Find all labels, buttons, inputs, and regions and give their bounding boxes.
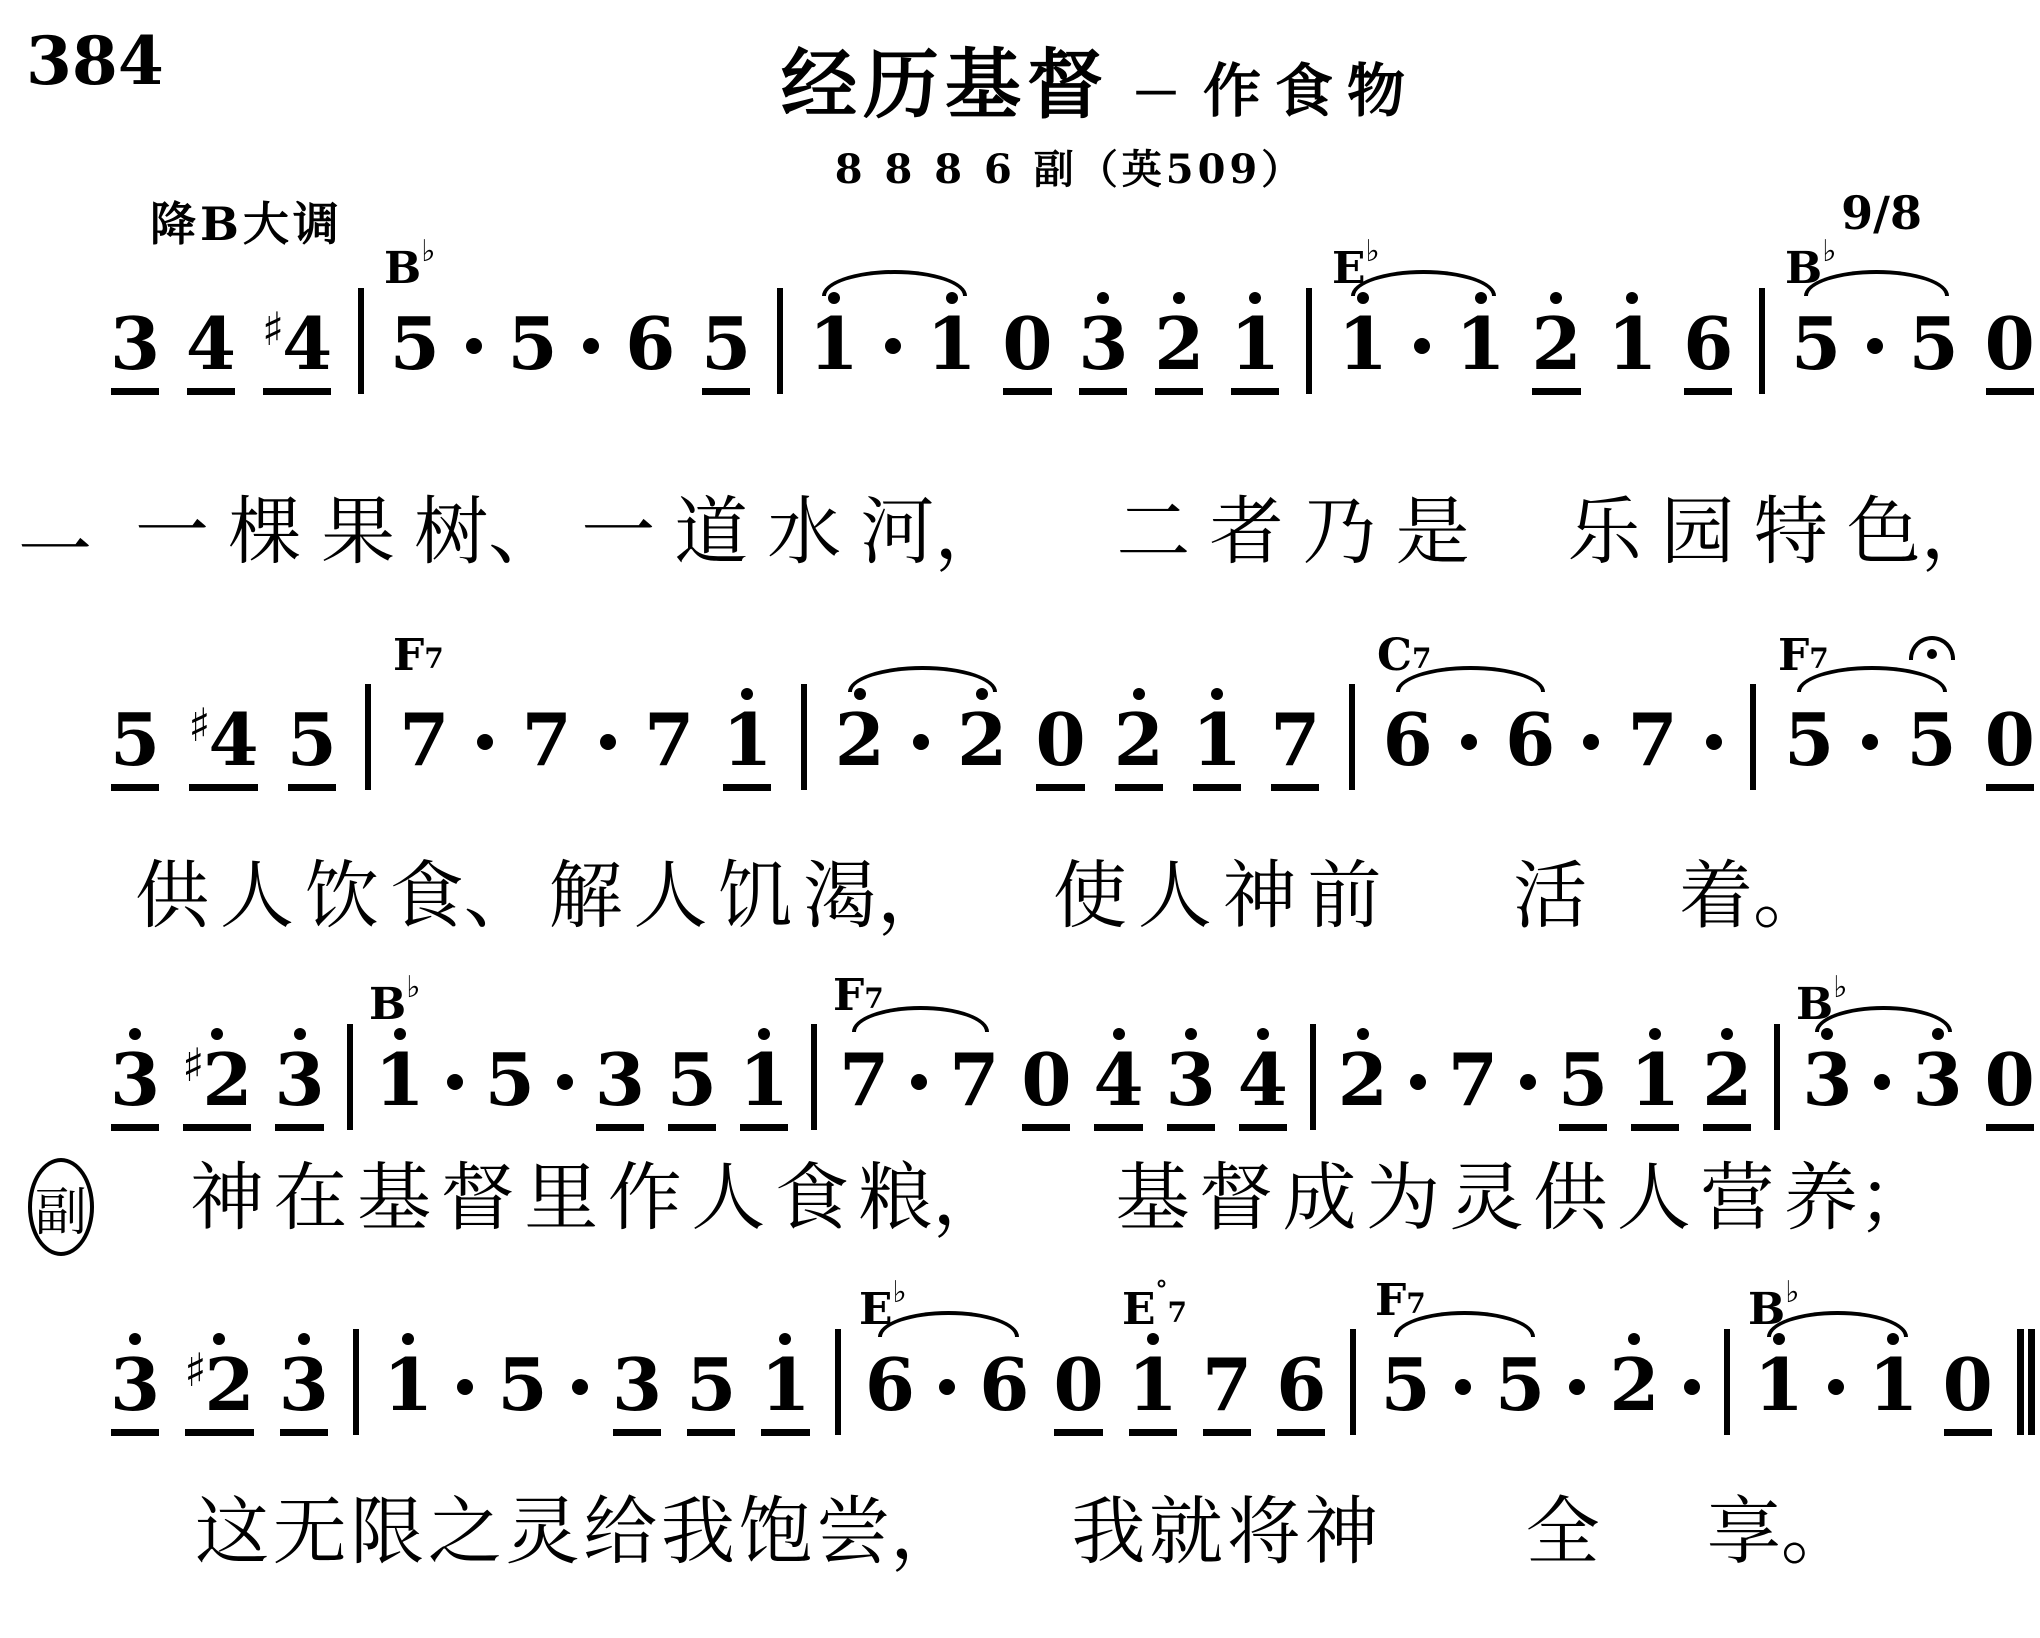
augmentation-dot — [1874, 1074, 1890, 1090]
note: 7 — [1270, 700, 1320, 780]
bar-line — [1349, 684, 1355, 790]
augmentation-dot — [447, 1074, 463, 1090]
sharp-icon: ♯ — [188, 698, 210, 752]
note: 1 — [1630, 1040, 1680, 1120]
note-row: 3♯2315351660176552110 — [110, 1341, 2035, 1425]
lyric-text: 着。 — [1679, 856, 1827, 937]
lyric-text: 督 — [441, 1158, 515, 1239]
note: 3 — [1802, 1040, 1852, 1120]
chord-label-part: 7 — [424, 642, 443, 675]
lyric-text: 督 — [1199, 1158, 1273, 1239]
chord-label-part: ♭ — [1366, 234, 1380, 269]
bar-line — [1759, 288, 1765, 394]
note: 3 — [1166, 1040, 1216, 1120]
note: 6 — [865, 1345, 915, 1425]
lyric-text: 营 — [1700, 1158, 1774, 1239]
bar-line — [777, 288, 783, 394]
sharp-icon: ♯ — [182, 1038, 204, 1092]
note: 3 — [110, 1345, 160, 1425]
lyric-text: 水 — [767, 492, 841, 573]
chord-label: B♭ — [384, 234, 435, 294]
music-line-2: 5♯457771220217667550F7C7F7 — [110, 638, 2035, 780]
lyric-text: 果 — [321, 492, 395, 573]
title-dash: － — [1131, 54, 1181, 126]
note: 5 — [1558, 1040, 1608, 1120]
lyric-text: 我 — [1071, 1492, 1145, 1573]
lyric-text: 使 — [1053, 856, 1127, 937]
note: 5 — [507, 304, 557, 384]
note: 1 — [375, 1040, 425, 1120]
lyric-line-2: 供人饮食、解人饥渴，使人神前活着。 — [135, 856, 1827, 937]
note: 1 — [739, 1040, 789, 1120]
bar-line — [1724, 1329, 1730, 1435]
bar-line — [358, 288, 364, 394]
rest-note: 0 — [1985, 1040, 2035, 1120]
note: 3 — [110, 304, 160, 384]
note: 1 — [1754, 1345, 1804, 1425]
augmentation-dot — [1828, 1379, 1844, 1395]
lyric-text: 为 — [1366, 1158, 1440, 1239]
lyric-text: 全 — [1526, 1492, 1600, 1573]
lyric-text: 前 — [1308, 856, 1382, 937]
note: 6 — [1505, 700, 1555, 780]
note: 7 — [839, 1040, 889, 1120]
chord-label-part: F — [393, 630, 424, 681]
augmentation-dot — [1583, 734, 1599, 750]
page-title: 经历基督 — [781, 24, 1109, 133]
augmentation-dot — [557, 1074, 573, 1090]
lyric-text: 神 — [190, 1158, 264, 1239]
chord-label: B♭ — [369, 970, 420, 1030]
note: 5 — [498, 1345, 548, 1425]
note: 1 — [1338, 304, 1388, 384]
augmentation-dot — [1862, 734, 1878, 750]
note: 1 — [1230, 304, 1280, 384]
note: ♯2 — [182, 1040, 252, 1120]
lyric-text: 乃 — [1303, 492, 1377, 573]
chord-label-part: B — [369, 979, 406, 1030]
chord-label-part: C — [1377, 630, 1412, 681]
note: 4 — [186, 304, 236, 384]
augmentation-dot — [1414, 338, 1430, 354]
augmentation-dot — [1867, 338, 1883, 354]
chord-label-part: F — [833, 970, 864, 1021]
bar-line — [353, 1329, 359, 1435]
lyric-text: 园 — [1661, 492, 1735, 573]
augmentation-dot — [1461, 734, 1477, 750]
augmentation-dot — [1684, 1379, 1700, 1395]
lyric-line-4: 这无限之灵给我饱尝，我就将神全享。 — [195, 1492, 1855, 1573]
lyric-text: 食 — [775, 1158, 849, 1239]
note: 3 — [110, 1040, 160, 1120]
lyric-text: 限 — [350, 1492, 424, 1573]
note: 7 — [1628, 700, 1678, 780]
verse-number: 一 — [18, 492, 92, 598]
note: 3 — [612, 1345, 662, 1425]
lyric-text: 色， — [1847, 492, 1995, 573]
bar-line — [1774, 1024, 1780, 1130]
chord-label-part: E — [1122, 1284, 1156, 1335]
music-line-4: 3♯2315351660176552110E♭E°7F7B♭ — [110, 1283, 2035, 1425]
lyric-text: 无 — [273, 1492, 347, 1573]
rest-note: 0 — [1053, 1345, 1103, 1425]
meter-and-index: 8 8 8 6 副（英509） — [50, 138, 2040, 195]
augmentation-dot — [1455, 1379, 1471, 1395]
slur-arc — [848, 666, 998, 692]
lyric-text: 我 — [661, 1492, 735, 1573]
augmentation-dot — [913, 734, 929, 750]
hymn-sheet: 384 经历基督 － 作食物 8 8 8 6 副（英509） 降B大调 9/8 … — [0, 0, 2040, 1638]
lyric-text: 一 — [581, 492, 655, 573]
lyric-text: 供 — [1533, 1158, 1607, 1239]
lyric-text: 活 — [1513, 856, 1587, 937]
lyric-text: 渴， — [803, 856, 951, 937]
lyric-text: 基 — [1115, 1158, 1189, 1239]
lyric-text: 一 — [135, 492, 209, 573]
lyric-text: 人 — [691, 1158, 765, 1239]
lyric-text: 饱 — [738, 1492, 812, 1573]
note: 2 — [1531, 304, 1581, 384]
chord-label-part: ♭ — [421, 234, 435, 269]
chord-label-part: ♭ — [1785, 1275, 1799, 1310]
rest-note: 0 — [1021, 1040, 1071, 1120]
lyric-text: 人 — [220, 856, 294, 937]
note: 6 — [1683, 304, 1733, 384]
note: 7 — [522, 700, 572, 780]
lyric-text: 人 — [1617, 1158, 1691, 1239]
rest-note: 0 — [1985, 304, 2035, 384]
sharp-icon: ♯ — [184, 1343, 206, 1397]
note: 2 — [1154, 304, 1204, 384]
note: 2 — [957, 700, 1007, 780]
lyric-text: 之 — [428, 1492, 502, 1573]
note: 5 — [1909, 304, 1959, 384]
note: 1 — [1607, 304, 1657, 384]
rest-note: 0 — [1985, 700, 2035, 780]
augmentation-dot — [885, 338, 901, 354]
lyric-text: 尝， — [816, 1492, 964, 1573]
lyric-text: 树、 — [414, 492, 562, 573]
page-subtitle: 作食物 — [1203, 44, 1419, 128]
lyric-text: 道 — [674, 492, 748, 573]
lyric-text: 粮， — [858, 1158, 1006, 1239]
note: 5 — [485, 1040, 535, 1120]
note: 1 — [722, 700, 772, 780]
note: 6 — [979, 1345, 1029, 1425]
lyric-text: 养； — [1784, 1158, 1932, 1239]
rest-note: 0 — [1002, 304, 1052, 384]
chord-label-part: 7 — [1168, 1296, 1187, 1329]
lyric-text: 供 — [135, 856, 209, 937]
augmentation-dot — [477, 734, 493, 750]
lyric-line-3: 神在基督里作人食粮，基督成为灵供人营养； — [190, 1158, 1932, 1239]
note: 1 — [383, 1345, 433, 1425]
chord-label: E°7 — [1122, 1275, 1187, 1335]
note: 3 — [274, 1040, 324, 1120]
note: 5 — [1495, 1345, 1545, 1425]
note: 5 — [1381, 1345, 1431, 1425]
lyric-line-1: 一棵果树、一道水河，二者乃是乐园特色， — [135, 492, 1995, 573]
time-signature: 9/8 — [1841, 186, 1922, 240]
sharp-icon: ♯ — [262, 302, 284, 356]
lyric-text: 者 — [1209, 492, 1283, 573]
music-line-1: 34♯4556511032111216550B♭E♭B♭ — [110, 242, 2035, 384]
music-line-3: 3♯231535177043427512330B♭F7B♭ — [110, 978, 2035, 1120]
note: 6 — [1276, 1345, 1326, 1425]
augmentation-dot — [1569, 1379, 1585, 1395]
bar-line — [1306, 288, 1312, 394]
chord-label-part: ♭ — [1822, 234, 1836, 269]
note: 5 — [390, 304, 440, 384]
note: 5 — [1791, 304, 1841, 384]
lyric-text: 人 — [633, 856, 707, 937]
lyric-text: 人 — [1138, 856, 1212, 937]
note: 4 — [1238, 1040, 1288, 1120]
lyric-text: 饥 — [718, 856, 792, 937]
note-row: 5♯457771220217667550 — [110, 696, 2035, 780]
slur-arc — [822, 270, 968, 296]
bar-line — [835, 1329, 841, 1435]
note: 7 — [1202, 1345, 1252, 1425]
lyric-text: 河， — [860, 492, 1008, 573]
augmentation-dot — [1706, 734, 1722, 750]
augmentation-dot — [572, 1379, 588, 1395]
note: 4 — [1093, 1040, 1143, 1120]
note: 5 — [1907, 700, 1957, 780]
lyric-text: 给 — [583, 1492, 657, 1573]
bar-line — [801, 684, 807, 790]
augmentation-dot — [939, 1379, 955, 1395]
lyric-text: 灵 — [1450, 1158, 1524, 1239]
note: 6 — [625, 304, 675, 384]
lyric-text: 享。 — [1707, 1492, 1855, 1573]
lyric-text: 饮 — [305, 856, 379, 937]
lyric-text: 是 — [1396, 492, 1470, 573]
bar-line — [811, 1024, 817, 1130]
note: 5 — [667, 1040, 717, 1120]
note: ♯2 — [184, 1345, 254, 1425]
chord-label-part: ♭ — [893, 1275, 907, 1310]
chord-label-part: 7 — [1809, 642, 1828, 675]
lyric-text: 灵 — [506, 1492, 580, 1573]
note: 5 — [686, 1345, 736, 1425]
note: 2 — [835, 700, 885, 780]
lyric-text: 乐 — [1568, 492, 1642, 573]
chord-label: F7 — [393, 630, 444, 681]
note: 7 — [644, 700, 694, 780]
augmentation-dot — [466, 338, 482, 354]
note: 5 — [701, 304, 751, 384]
note: 1 — [1192, 700, 1242, 780]
lyric-text: 在 — [274, 1158, 348, 1239]
augmentation-dot — [600, 734, 616, 750]
note: 6 — [1383, 700, 1433, 780]
lyric-text: 解 — [549, 856, 623, 937]
lyric-text: 里 — [524, 1158, 598, 1239]
lyric-text: 这 — [195, 1492, 269, 1573]
fermata-icon — [1909, 636, 1955, 660]
rest-note: 0 — [1035, 700, 1085, 780]
chord-label-part: ♭ — [1833, 970, 1847, 1005]
augmentation-dot — [911, 1074, 927, 1090]
note: 1 — [809, 304, 859, 384]
note: ♯4 — [188, 700, 258, 780]
note-row: 3♯231535177043427512330 — [110, 1036, 2035, 1120]
lyric-text: 将 — [1227, 1492, 1301, 1573]
final-bar-line — [2017, 1329, 2035, 1435]
augmentation-dot — [1520, 1074, 1536, 1090]
rest-note: 0 — [1943, 1345, 1993, 1425]
lyric-text: 神 — [1223, 856, 1297, 937]
note: 2 — [1609, 1345, 1659, 1425]
note: 1 — [760, 1345, 810, 1425]
note: 7 — [1448, 1040, 1498, 1120]
note: 3 — [595, 1040, 645, 1120]
augmentation-dot — [583, 338, 599, 354]
note-row: 34♯4556511032111216550 — [110, 300, 2035, 384]
note: 5 — [110, 700, 160, 780]
bar-line — [347, 1024, 353, 1130]
note: 7 — [399, 700, 449, 780]
note: 5 — [287, 700, 337, 780]
note: 1 — [1456, 304, 1506, 384]
lyric-text: 食、 — [390, 856, 538, 937]
chord-label-part: F — [1778, 630, 1809, 681]
augmentation-dot — [457, 1379, 473, 1395]
note: 1 — [1128, 1345, 1178, 1425]
title-row: 经历基督 － 作食物 — [80, 24, 2040, 133]
lyric-text: 特 — [1754, 492, 1828, 573]
note: 3 — [279, 1345, 329, 1425]
lyric-text: 二 — [1116, 492, 1190, 573]
chord-label-part: B — [384, 243, 421, 294]
note: 1 — [1868, 1345, 1918, 1425]
note: 2 — [1702, 1040, 1752, 1120]
chord-label-part: ° — [1156, 1275, 1168, 1304]
bar-line — [1350, 1329, 1356, 1435]
note: 3 — [1078, 304, 1128, 384]
lyric-text: 棵 — [228, 492, 302, 573]
lyric-text: 成 — [1283, 1158, 1357, 1239]
lyric-text: 神 — [1304, 1492, 1378, 1573]
chord-label-part: ♭ — [406, 970, 420, 1005]
note: 3 — [1912, 1040, 1962, 1120]
augmentation-dot — [1410, 1074, 1426, 1090]
note: ♯4 — [262, 304, 332, 384]
bar-line — [1750, 684, 1756, 790]
lyric-text: 作 — [608, 1158, 682, 1239]
bar-line — [365, 684, 371, 790]
note: 2 — [1114, 700, 1164, 780]
lyric-text: 就 — [1149, 1492, 1223, 1573]
note: 5 — [1784, 700, 1834, 780]
bar-line — [1310, 1024, 1316, 1130]
chorus-mark: 副 — [28, 1158, 94, 1256]
note: 2 — [1338, 1040, 1388, 1120]
note: 7 — [949, 1040, 999, 1120]
lyric-text: 基 — [357, 1158, 431, 1239]
note: 1 — [927, 304, 977, 384]
chord-label-part: F — [1375, 1275, 1406, 1326]
